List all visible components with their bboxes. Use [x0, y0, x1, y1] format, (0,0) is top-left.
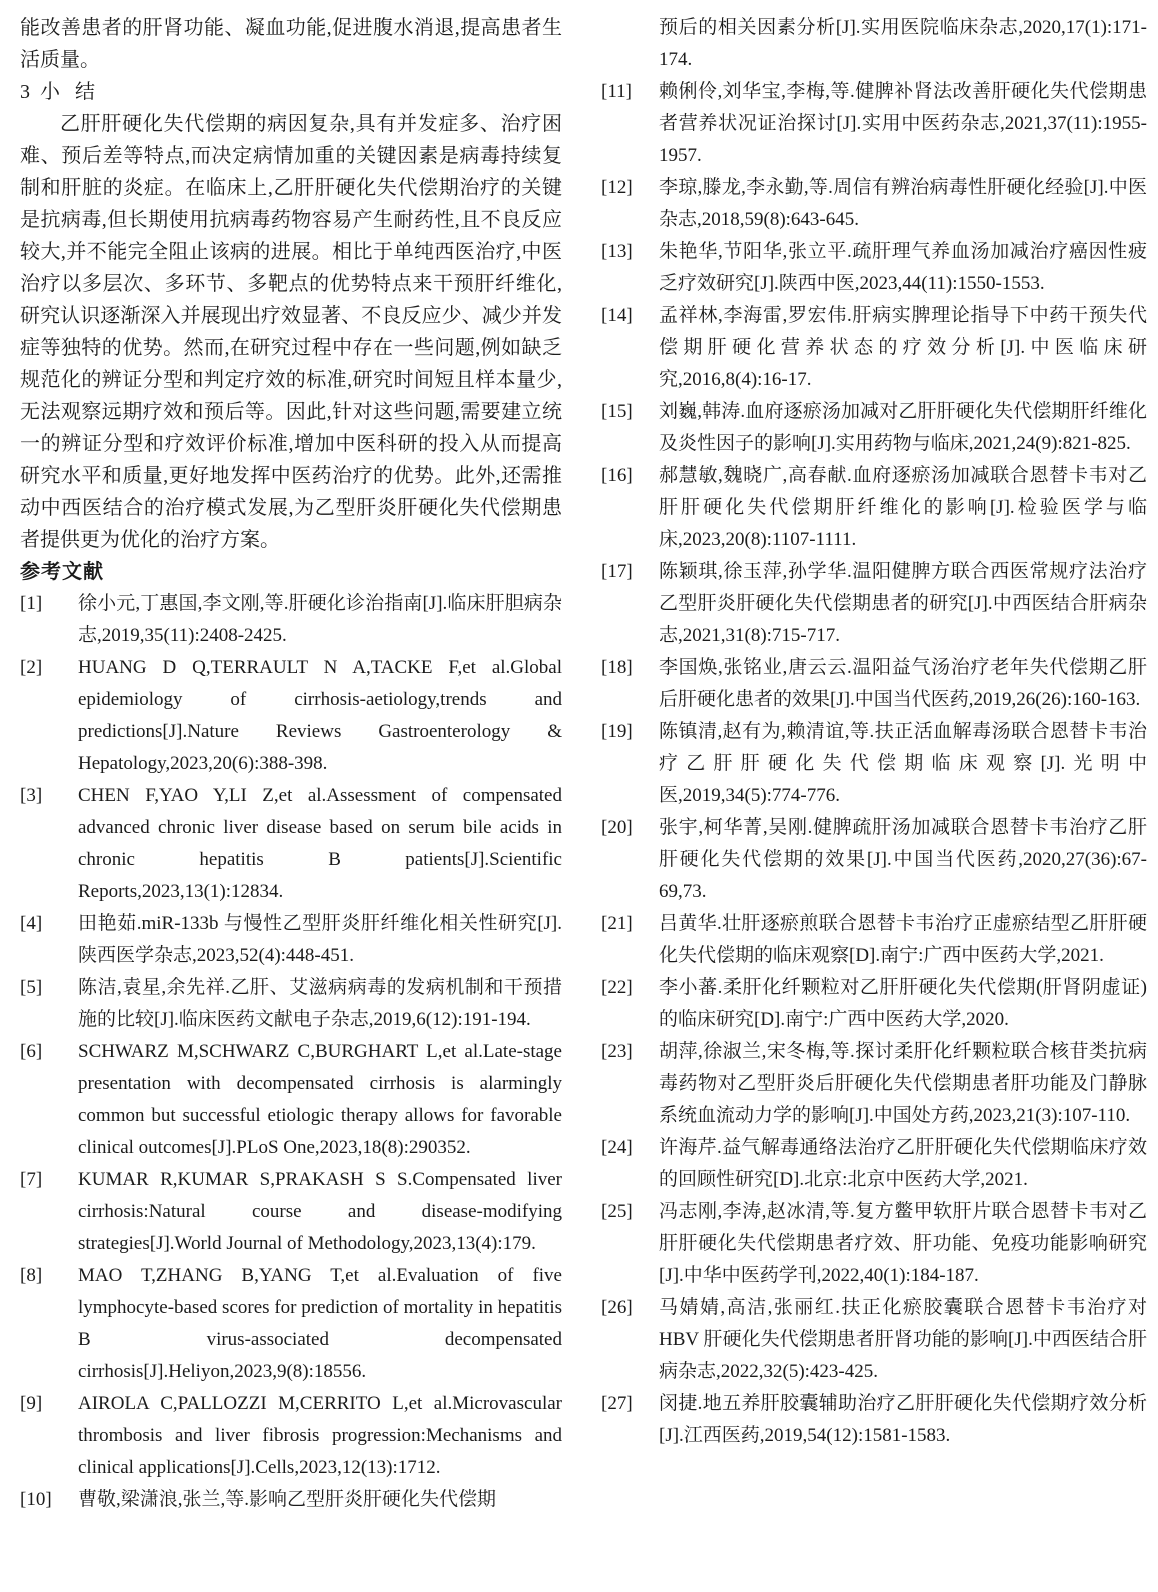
reference-text: KUMAR R,KUMAR S,PRAKASH S S.Compensated …: [78, 1169, 562, 1254]
reference-number: [12]: [601, 172, 633, 204]
reference-text: 李琼,滕龙,李永勤,等.周信有辨治病毒性肝硬化经验[J].中医杂志,2018,5…: [659, 177, 1147, 230]
reference-number: [6]: [20, 1036, 42, 1068]
reference-number: [10]: [20, 1484, 52, 1516]
reference-item: [3] CHEN F,YAO Y,LI Z,et al.Assessment o…: [20, 780, 562, 908]
left-column: 能改善患者的肝肾功能、凝血功能,促进腹水消退,提高患者生活质量。 3 小 结 乙…: [20, 12, 562, 1516]
reference-item: 预后的相关因素分析[J].实用医院临床杂志,2020,17(1):171-174…: [601, 12, 1147, 76]
reference-text: 陈颖琪,徐玉萍,孙学华.温阳健脾方联合西医常规疗法治疗乙型肝炎肝硬化失代偿期患者…: [659, 561, 1147, 646]
reference-number: [8]: [20, 1260, 42, 1292]
reference-item: [1] 徐小元,丁惠国,李文刚,等.肝硬化诊治指南[J].临床肝胆病杂志,201…: [20, 588, 562, 652]
reference-number: [2]: [20, 652, 42, 684]
reference-item: [16] 郝慧敏,魏晓广,高春献.血府逐瘀汤加减联合恩替卡韦对乙肝肝硬化失代偿期…: [601, 460, 1147, 556]
right-column: 预后的相关因素分析[J].实用医院临床杂志,2020,17(1):171-174…: [601, 12, 1147, 1452]
reference-text: 孟祥林,李海雷,罗宏伟.肝病实脾理论指导下中药干预失代偿期肝硬化营养状态的疗效分…: [659, 305, 1147, 390]
reference-text: AIROLA C,PALLOZZI M,CERRITO L,et al.Micr…: [78, 1393, 562, 1478]
reference-text: 徐小元,丁惠国,李文刚,等.肝硬化诊治指南[J].临床肝胆病杂志,2019,35…: [78, 593, 562, 646]
reference-text: 许海芹.益气解毒通络法治疗乙肝肝硬化失代偿期临床疗效的回顾性研究[D].北京:北…: [659, 1137, 1147, 1190]
reference-number: [4]: [20, 908, 42, 940]
section-heading: 3 小 结: [20, 76, 562, 108]
reference-item: [5] 陈洁,袁星,余先祥.乙肝、艾滋病病毒的发病机制和干预措施的比较[J].临…: [20, 972, 562, 1036]
reference-number: [24]: [601, 1132, 633, 1164]
reference-number: [1]: [20, 588, 42, 620]
reference-number: [23]: [601, 1036, 633, 1068]
reference-item: [26] 马婧婧,高洁,张丽红.扶正化瘀胶囊联合恩替卡韦治疗对 HBV 肝硬化失…: [601, 1292, 1147, 1388]
reference-item: [25] 冯志刚,李涛,赵冰清,等.复方鳖甲软肝片联合恩替卡韦对乙肝肝硬化失代偿…: [601, 1196, 1147, 1292]
reference-number: [9]: [20, 1388, 42, 1420]
reference-number: [22]: [601, 972, 633, 1004]
reference-text: 张宇,柯华菁,吴刚.健脾疏肝汤加减联合恩替卡韦治疗乙肝肝硬化失代偿期的效果[J]…: [659, 817, 1147, 902]
reference-text: 朱艳华,节阳华,张立平.疏肝理气养血汤加减治疗癌因性疲乏疗效研究[J].陕西中医…: [659, 241, 1147, 294]
reference-item: [23] 胡萍,徐淑兰,宋冬梅,等.探讨柔肝化纤颗粒联合核苷类抗病毒药物对乙型肝…: [601, 1036, 1147, 1132]
reference-item: [2] HUANG D Q,TERRAULT N A,TACKE F,et al…: [20, 652, 562, 780]
reference-text: 马婧婧,高洁,张丽红.扶正化瘀胶囊联合恩替卡韦治疗对 HBV 肝硬化失代偿期患者…: [659, 1297, 1147, 1382]
reference-number: [26]: [601, 1292, 633, 1324]
reference-item: [17] 陈颖琪,徐玉萍,孙学华.温阳健脾方联合西医常规疗法治疗乙型肝炎肝硬化失…: [601, 556, 1147, 652]
references-heading: 参考文献: [20, 556, 562, 588]
reference-item: [13] 朱艳华,节阳华,张立平.疏肝理气养血汤加减治疗癌因性疲乏疗效研究[J]…: [601, 236, 1147, 300]
reference-item: [21] 吕黄华.壮肝逐瘀煎联合恩替卡韦治疗正虚瘀结型乙肝肝硬化失代偿期的临床观…: [601, 908, 1147, 972]
reference-text: 李小蕃.柔肝化纤颗粒对乙肝肝硬化失代偿期(肝肾阴虚证)的临床研究[D].南宁:广…: [659, 977, 1147, 1030]
reference-text: 郝慧敏,魏晓广,高春献.血府逐瘀汤加减联合恩替卡韦对乙肝肝硬化失代偿期肝纤维化的…: [659, 465, 1147, 550]
reference-text: 陈镇清,赵有为,赖清谊,等.扶正活血解毒汤联合恩替卡韦治疗乙肝肝硬化失代偿期临床…: [659, 721, 1147, 806]
reference-item: [18] 李国焕,张铭业,唐云云.温阳益气汤治疗老年失代偿期乙肝后肝硬化患者的效…: [601, 652, 1147, 716]
summary-paragraph: 乙肝肝硬化失代偿期的病因复杂,具有并发症多、治疗困难、预后差等特点,而决定病情加…: [20, 108, 562, 556]
reference-text: 陈洁,袁星,余先祥.乙肝、艾滋病病毒的发病机制和干预措施的比较[J].临床医药文…: [78, 977, 562, 1030]
reference-item: [4] 田艳茹.miR-133b 与慢性乙型肝炎肝纤维化相关性研究[J].陕西医…: [20, 908, 562, 972]
reference-text: HUANG D Q,TERRAULT N A,TACKE F,et al.Glo…: [78, 657, 562, 774]
reference-text: 赖俐伶,刘华宝,李梅,等.健脾补肾法改善肝硬化失代偿期患者营养状况证治探讨[J]…: [659, 81, 1147, 166]
reference-item: [14] 孟祥林,李海雷,罗宏伟.肝病实脾理论指导下中药干预失代偿期肝硬化营养状…: [601, 300, 1147, 396]
reference-text: 刘巍,韩涛.血府逐瘀汤加减对乙肝肝硬化失代偿期肝纤维化及炎性因子的影响[J].实…: [659, 401, 1147, 454]
reference-text: 曹敬,梁潇浪,张兰,等.影响乙型肝炎肝硬化失代偿期: [78, 1489, 496, 1510]
reference-item: [10] 曹敬,梁潇浪,张兰,等.影响乙型肝炎肝硬化失代偿期: [20, 1484, 562, 1516]
reference-item: [9] AIROLA C,PALLOZZI M,CERRITO L,et al.…: [20, 1388, 562, 1484]
reference-text: 李国焕,张铭业,唐云云.温阳益气汤治疗老年失代偿期乙肝后肝硬化患者的效果[J].…: [659, 657, 1147, 710]
reference-number: [5]: [20, 972, 42, 1004]
reference-text: SCHWARZ M,SCHWARZ C,BURGHART L,et al.Lat…: [78, 1041, 562, 1158]
reference-number: [3]: [20, 780, 42, 812]
reference-item: [15] 刘巍,韩涛.血府逐瘀汤加减对乙肝肝硬化失代偿期肝纤维化及炎性因子的影响…: [601, 396, 1147, 460]
reference-number: [15]: [601, 396, 633, 428]
reference-text: 闵捷.地五养肝胶囊辅助治疗乙肝肝硬化失代偿期疗效分析[J].江西医药,2019,…: [659, 1393, 1147, 1446]
reference-number: [11]: [601, 76, 632, 108]
reference-number: [21]: [601, 908, 633, 940]
reference-item: [27] 闵捷.地五养肝胶囊辅助治疗乙肝肝硬化失代偿期疗效分析[J].江西医药,…: [601, 1388, 1147, 1452]
reference-number: [20]: [601, 812, 633, 844]
reference-item: [6] SCHWARZ M,SCHWARZ C,BURGHART L,et al…: [20, 1036, 562, 1164]
reference-text: 胡萍,徐淑兰,宋冬梅,等.探讨柔肝化纤颗粒联合核苷类抗病毒药物对乙型肝炎后肝硬化…: [659, 1041, 1147, 1126]
reference-text: 冯志刚,李涛,赵冰清,等.复方鳖甲软肝片联合恩替卡韦对乙肝肝硬化失代偿期患者疗效…: [659, 1201, 1147, 1286]
reference-text: 吕黄华.壮肝逐瘀煎联合恩替卡韦治疗正虚瘀结型乙肝肝硬化失代偿期的临床观察[D].…: [659, 913, 1147, 966]
reference-number: [16]: [601, 460, 633, 492]
reference-item: [7] KUMAR R,KUMAR S,PRAKASH S S.Compensa…: [20, 1164, 562, 1260]
reference-text: MAO T,ZHANG B,YANG T,et al.Evaluation of…: [78, 1265, 562, 1382]
reference-item: [8] MAO T,ZHANG B,YANG T,et al.Evaluatio…: [20, 1260, 562, 1388]
reference-item: [12] 李琼,滕龙,李永勤,等.周信有辨治病毒性肝硬化经验[J].中医杂志,2…: [601, 172, 1147, 236]
references-list-left: [1] 徐小元,丁惠国,李文刚,等.肝硬化诊治指南[J].临床肝胆病杂志,201…: [20, 588, 562, 1516]
reference-number: [13]: [601, 236, 633, 268]
reference-number: [27]: [601, 1388, 633, 1420]
reference-number: [17]: [601, 556, 633, 588]
paper-page: 能改善患者的肝肾功能、凝血功能,促进腹水消退,提高患者生活质量。 3 小 结 乙…: [0, 0, 1158, 1592]
reference-item: [19] 陈镇清,赵有为,赖清谊,等.扶正活血解毒汤联合恩替卡韦治疗乙肝肝硬化失…: [601, 716, 1147, 812]
reference-text: CHEN F,YAO Y,LI Z,et al.Assessment of co…: [78, 785, 562, 902]
references-list-right: 预后的相关因素分析[J].实用医院临床杂志,2020,17(1):171-174…: [601, 12, 1147, 1452]
reference-number: [18]: [601, 652, 633, 684]
continuation-paragraph: 能改善患者的肝肾功能、凝血功能,促进腹水消退,提高患者生活质量。: [20, 12, 562, 76]
reference-text: 预后的相关因素分析[J].实用医院临床杂志,2020,17(1):171-174…: [659, 17, 1147, 70]
reference-number: [25]: [601, 1196, 633, 1228]
reference-item: [11] 赖俐伶,刘华宝,李梅,等.健脾补肾法改善肝硬化失代偿期患者营养状况证治…: [601, 76, 1147, 172]
reference-item: [22] 李小蕃.柔肝化纤颗粒对乙肝肝硬化失代偿期(肝肾阴虚证)的临床研究[D]…: [601, 972, 1147, 1036]
reference-number: [7]: [20, 1164, 42, 1196]
reference-text: 田艳茹.miR-133b 与慢性乙型肝炎肝纤维化相关性研究[J].陕西医学杂志,…: [78, 913, 562, 966]
reference-number: [19]: [601, 716, 633, 748]
reference-item: [24] 许海芹.益气解毒通络法治疗乙肝肝硬化失代偿期临床疗效的回顾性研究[D]…: [601, 1132, 1147, 1196]
reference-number: [14]: [601, 300, 633, 332]
reference-item: [20] 张宇,柯华菁,吴刚.健脾疏肝汤加减联合恩替卡韦治疗乙肝肝硬化失代偿期的…: [601, 812, 1147, 908]
